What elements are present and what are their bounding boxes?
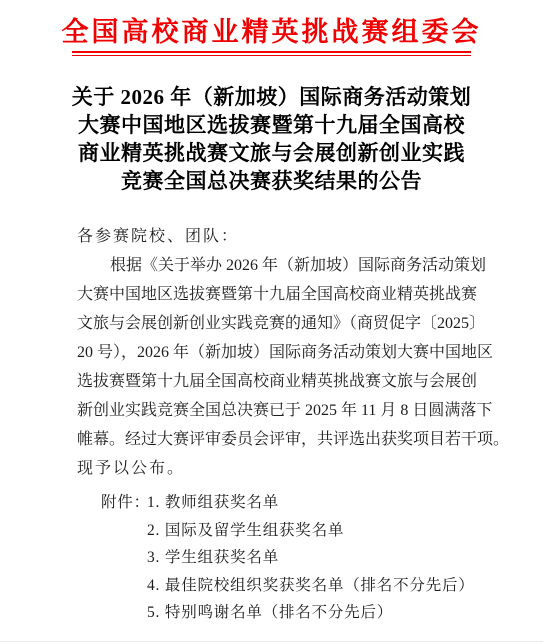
- letterhead-double-rule: [72, 51, 471, 56]
- paragraph-line: 20 号），2026 年（新加坡）国际商务活动策划大赛中国地区: [77, 338, 467, 367]
- official-notice-page: 全国高校商业精英挑战赛组委会 关于 2026 年（新加坡）国际商务活动策划 大赛…: [0, 0, 543, 643]
- attachments-section: 附件： 1. 教师组获奖名单 2. 国际及留学生组获奖名单 3. 学生组获奖名单…: [101, 489, 543, 627]
- title-line: 关于 2026 年（新加坡）国际商务活动策划: [0, 83, 543, 111]
- attachments-list: 1. 教师组获奖名单 2. 国际及留学生组获奖名单 3. 学生组获奖名单 4. …: [147, 489, 475, 627]
- paragraph-line: 文旅与会展创新创业实践竞赛的通知》（商贸促字〔2025〕: [77, 309, 467, 338]
- title-line: 大赛中国地区选拔赛暨第十九届全国高校: [0, 111, 543, 139]
- document-body: 各参赛院校、团队： 根据《关于举办 2026 年（新加坡）国际商务活动策划 大赛…: [77, 222, 467, 483]
- paragraph-line: 根据《关于举办 2026 年（新加坡）国际商务活动策划: [77, 251, 467, 280]
- closing-line: 现予以公布。: [77, 454, 467, 483]
- attachment-item: 3. 学生组获奖名单: [147, 544, 475, 572]
- title-line: 商业精英挑战赛文旅与会展创新创业实践: [0, 139, 543, 167]
- document-title: 关于 2026 年（新加坡）国际商务活动策划 大赛中国地区选拔赛暨第十九届全国高…: [0, 83, 543, 195]
- page-bottom-divider: [0, 641, 543, 642]
- attachment-item: 1. 教师组获奖名单: [147, 489, 475, 517]
- salutation-line: 各参赛院校、团队：: [77, 222, 467, 251]
- document-header: 全国高校商业精英挑战赛组委会: [0, 0, 543, 56]
- attachments-label: 附件：: [101, 489, 147, 627]
- attachment-item: 2. 国际及留学生组获奖名单: [147, 517, 475, 545]
- paragraph-line: 新创业实践竞赛全国总决赛已于 2025 年 11 月 8 日圆满落下: [77, 396, 467, 425]
- title-line: 竞赛全国总决赛获奖结果的公告: [0, 167, 543, 195]
- paragraph-line: 选拔赛暨第十九届全国高校商业精英挑战赛文旅与会展创: [77, 367, 467, 396]
- attachment-item: 5. 特别鸣谢名单（排名不分先后）: [147, 599, 475, 627]
- paragraph-line: 帷幕。经过大赛评审委员会评审，共评选出获奖项目若干项。: [77, 425, 467, 454]
- paragraph-line: 大赛中国地区选拔赛暨第十九届全国高校商业精英挑战赛: [77, 280, 467, 309]
- organization-name: 全国高校商业精英挑战赛组委会: [62, 17, 482, 48]
- attachment-item: 4. 最佳院校组织奖获奖名单（排名不分先后）: [147, 572, 475, 600]
